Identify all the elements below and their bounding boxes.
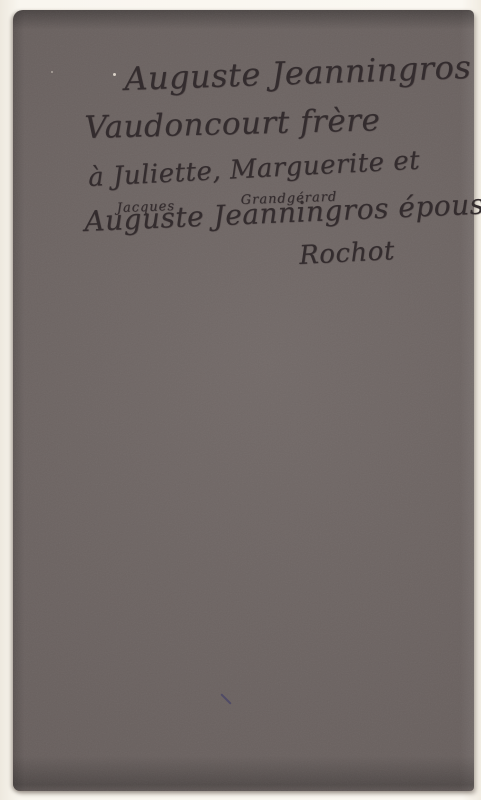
inscription-line-name: Auguste Jeanningros [124, 48, 472, 98]
stray-ink-mark [220, 693, 231, 704]
inscription-line-surname: Rochot [298, 236, 395, 271]
scanned-photo-back: Auguste Jeanningros Vaudoncourt frère à … [0, 0, 481, 800]
inscription-line-dedication: à Juliette, Marguerite et [87, 146, 420, 193]
dust-speck [113, 73, 116, 76]
card-back: Auguste Jeanningros Vaudoncourt frère à … [13, 10, 474, 791]
dust-speck [51, 71, 53, 73]
inscription-line-place: Vaudoncourt frère [84, 102, 381, 146]
